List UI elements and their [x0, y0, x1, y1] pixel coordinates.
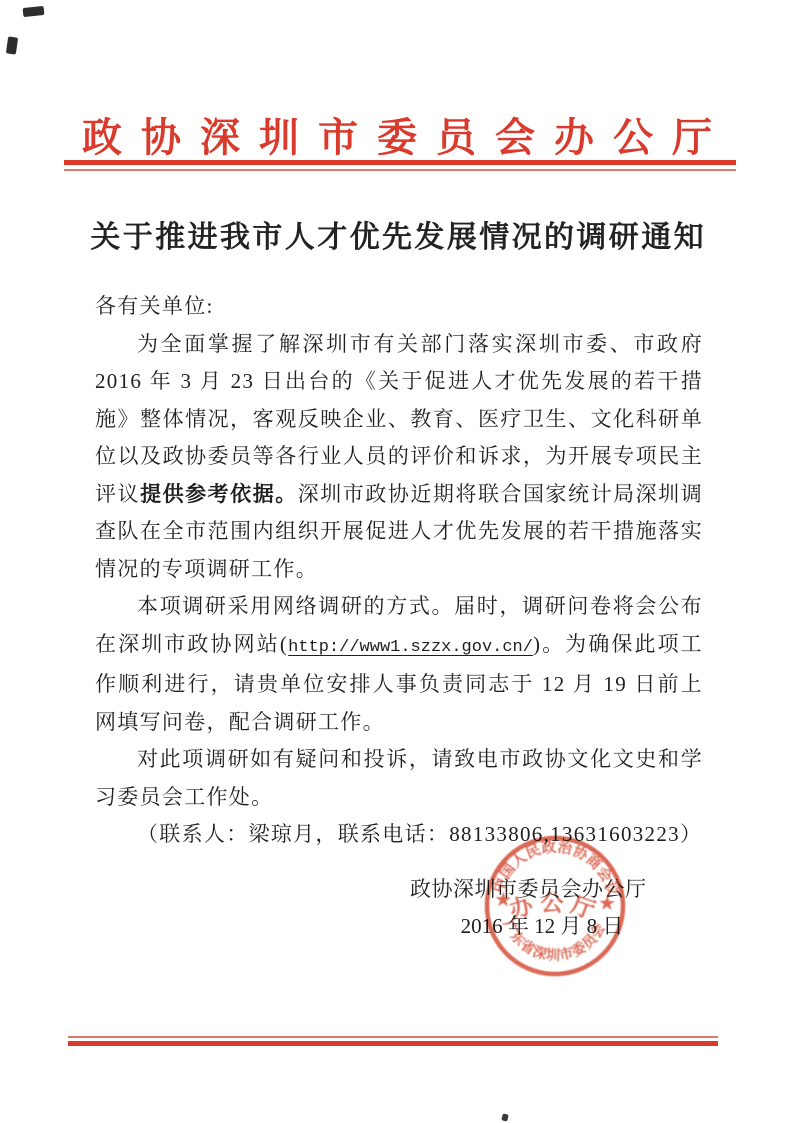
salutation: 各有关单位:: [95, 288, 703, 326]
svg-text:办公厅: 办公厅: [506, 889, 604, 926]
document-body: 各有关单位: 为全面掌握了解深圳市有关部门落实深圳市委、市政府 2016 年 3…: [95, 288, 703, 854]
body-text-segment: 为全面掌握了解深圳市有关部门落实深圳市委、市政府 2016 年 3 月 23 日…: [95, 332, 703, 506]
scan-artifact: [23, 6, 45, 17]
body-url-text: http://www1.szzx.gov.cn/: [288, 638, 533, 657]
body-text-segment: 对此项调研如有疑问和投诉，请致电市政协文化文史和学习委员会工作处。: [95, 747, 703, 809]
body-paragraph: 对此项调研如有疑问和投诉，请致电市政协文化文史和学习委员会工作处。: [95, 741, 703, 816]
body-paragraphs: 为全面掌握了解深圳市有关部门落实深圳市委、市政府 2016 年 3 月 23 日…: [95, 326, 703, 854]
body-paragraph: 本项调研采用网络调研的方式。届时，调研问卷将会公布在深圳市政协网站(http:/…: [95, 588, 703, 741]
seal-center-text: 办公厅: [506, 889, 604, 926]
body-paragraph: 为全面掌握了解深圳市有关部门落实深圳市委、市政府 2016 年 3 月 23 日…: [95, 326, 703, 589]
footer-rule-thin: [68, 1036, 718, 1038]
footer-rule-thick: [68, 1041, 718, 1046]
letterhead-org-name: 政协深圳市委员会办公厅: [0, 106, 794, 163]
document-page: 政协深圳市委员会办公厅 关于推进我市人才优先发展情况的调研通知 各有关单位: 为…: [0, 0, 794, 1123]
document-title: 关于推进我市人才优先发展情况的调研通知: [0, 212, 794, 256]
letterhead-rule-thin: [64, 169, 736, 171]
official-seal: 中国人民政治协商会议 广东省深圳市委员会 ★ ★ 办公厅: [476, 827, 633, 984]
scan-artifact: [501, 1113, 509, 1121]
letterhead-rule-thick: [64, 160, 736, 165]
body-text-segment: 提供参考依据。: [140, 482, 298, 506]
scan-artifact: [6, 36, 18, 54]
